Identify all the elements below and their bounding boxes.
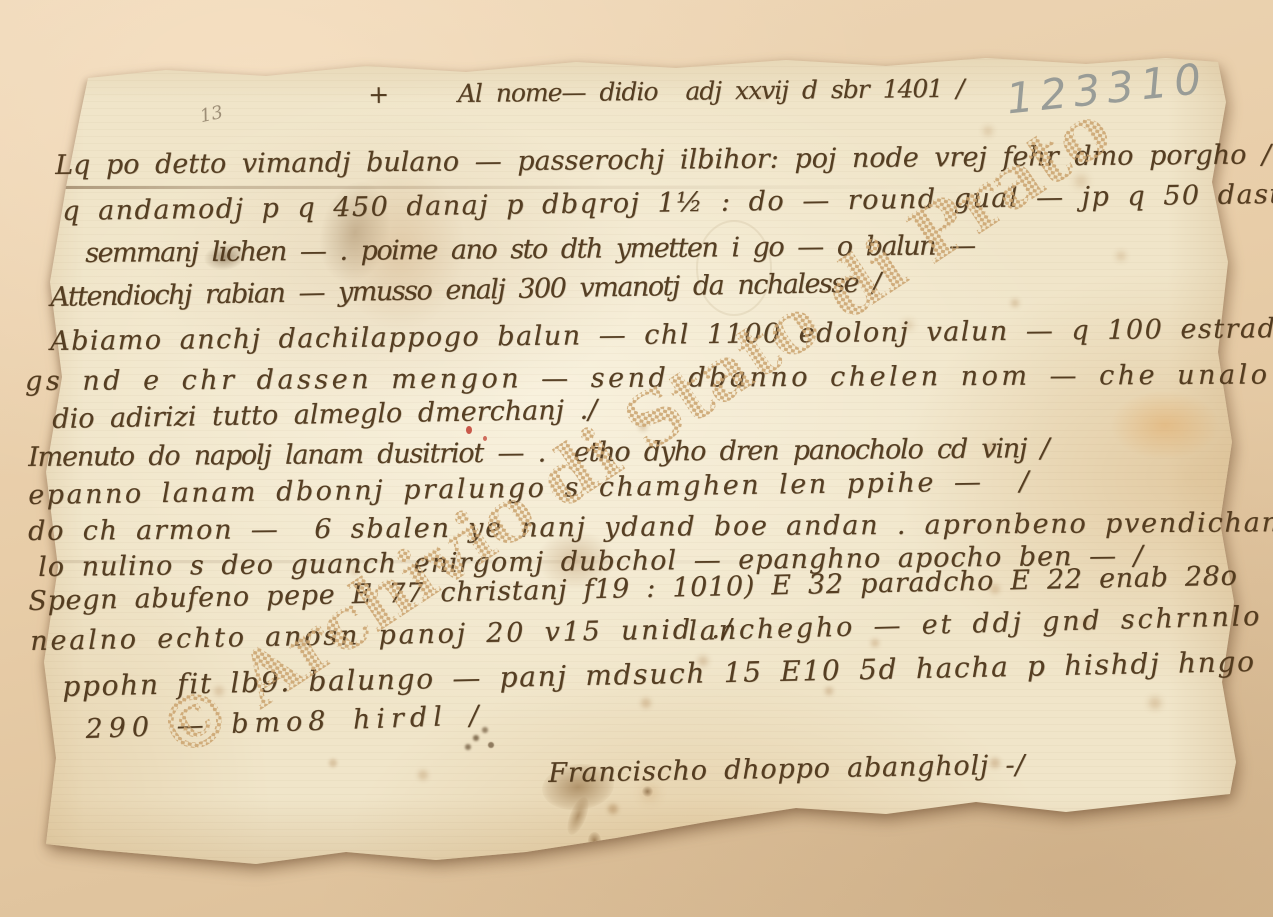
manuscript-line: gs nd e chr dassen mengon — send dbanno … — [25, 359, 1273, 397]
manuscript-line: nealno echto anosn panoj 20 v15 unid ./ — [30, 614, 735, 657]
scan-background: + Al nome— didio adj xxvij d sbr 1401 / … — [0, 0, 1273, 917]
heading-invocation-date: + Al nome— didio adj xxvij d sbr 1401 / — [368, 74, 964, 109]
handwriting-layer: + Al nome— didio adj xxvij d sbr 1401 / … — [0, 0, 1273, 917]
manuscript-line: 290 — bmo8 hirdl / — [85, 700, 485, 745]
manuscript-line: epanno lanam dbonnj pralungo s chamghen … — [28, 466, 1031, 511]
manuscript-line: semmanj lichen — . poime ano sto dth yme… — [85, 230, 975, 269]
signature-line: Francischo dhoppo abangholj -/ — [548, 750, 1025, 789]
manuscript-line: dio adirizi tutto almeglo dmerchanj ./ — [52, 394, 597, 435]
manuscript-line: Attendiochj rabian — ymusso enalj 300 vm… — [50, 268, 880, 313]
manuscript-line: lanchegho — et ddj gnd schrnnlo ../ — [688, 600, 1273, 647]
manuscript-line: Abiamo anchj dachilappogo balun — chl 11… — [50, 312, 1273, 357]
manuscript-line: Lq po detto vimandj bulano — passerochj … — [55, 139, 1271, 181]
manuscript-line: q andamodj p q 450 danaj p dbqroj 1½ : d… — [62, 177, 1273, 227]
